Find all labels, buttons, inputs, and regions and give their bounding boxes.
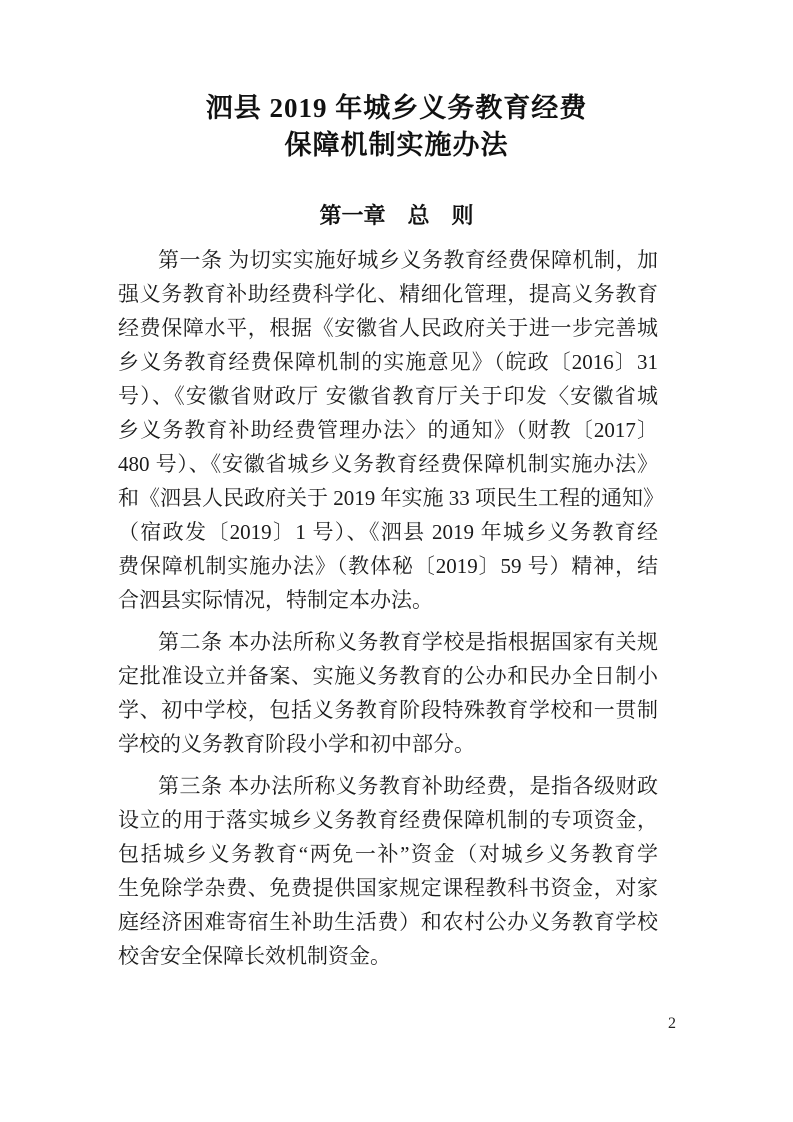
document-title: 泗县 2019 年城乡义务教育经费 保障机制实施办法 — [0, 90, 793, 164]
text-line: 设立的用于落实城乡义务教育经费保障机制的专项资金， — [118, 803, 658, 837]
document-title-line-1: 泗县 2019 年城乡义务教育经费 — [0, 90, 793, 127]
text-line: 乡义务教育经费保障机制的实施意见》（皖政〔2016〕31 — [118, 345, 658, 379]
text-line: 庭经济困难寄宿生补助生活费）和农村公办义务教育学校 — [118, 905, 658, 939]
chapter-heading: 第一章 总 则 — [0, 202, 793, 229]
text-line: 生免除学杂费、免费提供国家规定课程教科书资金，对家 — [118, 871, 658, 905]
text-line: 480 号）、《安徽省城乡义务教育经费保障机制实施办法》 — [118, 447, 658, 481]
document-page: 泗县 2019 年城乡义务教育经费 保障机制实施办法 第一章 总 则 第一条 为… — [0, 0, 793, 1122]
article-3: 第三条 本办法所称义务教育补助经费，是指各级财政设立的用于落实城乡义务教育经费保… — [118, 769, 658, 973]
text-line: 第一条 为切实实施好城乡义务教育经费保障机制，加 — [118, 243, 658, 277]
text-line: 合泗县实际情况，特制定本办法。 — [118, 583, 658, 617]
text-line: 学校的义务教育阶段小学和初中部分。 — [118, 727, 658, 761]
text-line: 费保障机制实施办法》（教体秘〔2019〕59 号）精神，结 — [118, 549, 658, 583]
document-body: 第一条 为切实实施好城乡义务教育经费保障机制，加强义务教育补助经费科学化、精细化… — [118, 243, 658, 973]
text-line: 学、初中学校，包括义务教育阶段特殊教育学校和一贯制 — [118, 693, 658, 727]
text-line: 第二条 本办法所称义务教育学校是指根据国家有关规 — [118, 625, 658, 659]
text-line: 定批准设立并备案、实施义务教育的公办和民办全日制小 — [118, 659, 658, 693]
text-line: 号）、《安徽省财政厅 安徽省教育厅关于印发〈安徽省城 — [118, 379, 658, 413]
text-line: 乡义务教育补助经费管理办法〉的通知》（财教〔2017〕 — [118, 413, 658, 447]
article-1: 第一条 为切实实施好城乡义务教育经费保障机制，加强义务教育补助经费科学化、精细化… — [118, 243, 658, 617]
text-line: （宿政发〔2019〕1 号）、《泗县 2019 年城乡义务教育经 — [118, 515, 658, 549]
text-line: 校舍安全保障长效机制资金。 — [118, 939, 658, 973]
text-line: 包括城乡义务教育“两免一补”资金（对城乡义务教育学 — [118, 837, 658, 871]
page-number: 2 — [660, 1012, 684, 1036]
text-line: 和《泗县人民政府关于 2019 年实施 33 项民生工程的通知》 — [118, 481, 658, 515]
document-title-line-2: 保障机制实施办法 — [0, 127, 793, 164]
text-line: 经费保障水平，根据《安徽省人民政府关于进一步完善城 — [118, 311, 658, 345]
text-line: 强义务教育补助经费科学化、精细化管理，提高义务教育 — [118, 277, 658, 311]
article-2: 第二条 本办法所称义务教育学校是指根据国家有关规定批准设立并备案、实施义务教育的… — [118, 625, 658, 761]
text-line: 第三条 本办法所称义务教育补助经费，是指各级财政 — [118, 769, 658, 803]
